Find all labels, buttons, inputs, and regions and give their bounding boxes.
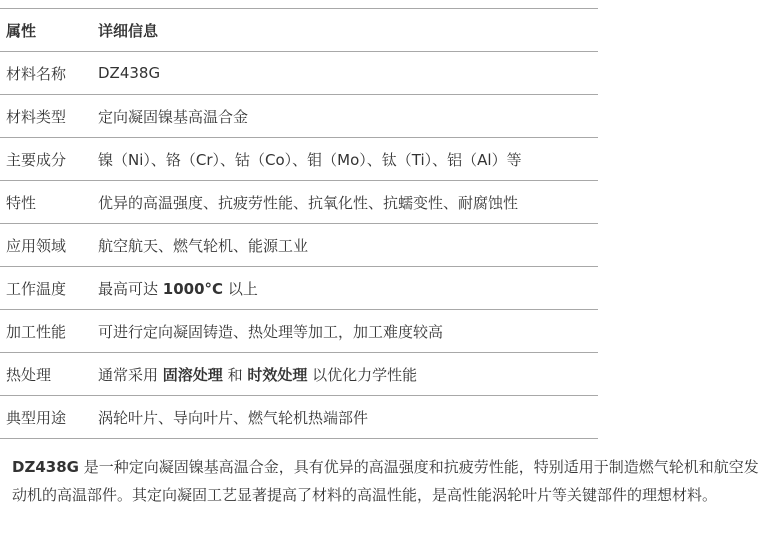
value-emphasis: 时效处理 <box>247 366 307 384</box>
properties-table: 属性 详细信息 材料名称 DZ438G 材料类型 定向凝固镍基高温合金 主要成分… <box>0 8 598 439</box>
table-row: 典型用途 涡轮叶片、导向叶片、燃气轮机热端部件 <box>0 396 598 439</box>
row-value: 最高可达 1000°C 以上 <box>92 267 598 310</box>
value-text: 最高可达 <box>98 280 163 298</box>
table-row: 工作温度 最高可达 1000°C 以上 <box>0 267 598 310</box>
table-row: 材料类型 定向凝固镍基高温合金 <box>0 95 598 138</box>
summary-text: 是一种定向凝固镍基高温合金，具有优异的高温强度和抗疲劳性能，特别适用于制造燃气轮… <box>12 458 759 504</box>
row-value: 可进行定向凝固铸造、热处理等加工，加工难度较高 <box>92 310 598 353</box>
row-value: 航空航天、燃气轮机、能源工业 <box>92 224 598 267</box>
row-key: 加工性能 <box>0 310 92 353</box>
row-value: DZ438G <box>92 52 598 95</box>
row-value: 优异的高温强度、抗疲劳性能、抗氧化性、抗蠕变性、耐腐蚀性 <box>92 181 598 224</box>
value-emphasis: 固溶处理 <box>163 366 223 384</box>
table-row: 应用领域 航空航天、燃气轮机、能源工业 <box>0 224 598 267</box>
row-key: 应用领域 <box>0 224 92 267</box>
row-key: 热处理 <box>0 353 92 396</box>
row-value: 涡轮叶片、导向叶片、燃气轮机热端部件 <box>92 396 598 439</box>
value-emphasis: 1000°C <box>163 280 223 298</box>
row-key: 特性 <box>0 181 92 224</box>
document: 属性 详细信息 材料名称 DZ438G 材料类型 定向凝固镍基高温合金 主要成分… <box>0 0 772 509</box>
table-row: 特性 优异的高温强度、抗疲劳性能、抗氧化性、抗蠕变性、耐腐蚀性 <box>0 181 598 224</box>
row-key: 材料名称 <box>0 52 92 95</box>
row-key: 工作温度 <box>0 267 92 310</box>
table-row: 主要成分 镍（Ni）、铬（Cr）、钴（Co）、钼（Mo）、钛（Ti）、铝（Al）… <box>0 138 598 181</box>
summary-bold-term: DZ438G <box>12 458 79 476</box>
row-value: 镍（Ni）、铬（Cr）、钴（Co）、钼（Mo）、钛（Ti）、铝（Al）等 <box>92 138 598 181</box>
row-key: 材料类型 <box>0 95 92 138</box>
header-attribute: 属性 <box>0 9 92 52</box>
table-row: 材料名称 DZ438G <box>0 52 598 95</box>
row-key: 典型用途 <box>0 396 92 439</box>
summary-paragraph: DZ438G 是一种定向凝固镍基高温合金，具有优异的高温强度和抗疲劳性能，特别适… <box>12 453 764 509</box>
table-row: 加工性能 可进行定向凝固铸造、热处理等加工，加工难度较高 <box>0 310 598 353</box>
table-header-row: 属性 详细信息 <box>0 9 598 52</box>
row-value: 通常采用 固溶处理 和 时效处理 以优化力学性能 <box>92 353 598 396</box>
value-text: 和 <box>223 366 248 384</box>
table-row: 热处理 通常采用 固溶处理 和 时效处理 以优化力学性能 <box>0 353 598 396</box>
row-value: 定向凝固镍基高温合金 <box>92 95 598 138</box>
row-key: 主要成分 <box>0 138 92 181</box>
value-text: 以优化力学性能 <box>307 366 417 384</box>
header-detail: 详细信息 <box>92 9 598 52</box>
value-text: 通常采用 <box>98 366 163 384</box>
value-text: 以上 <box>223 280 258 298</box>
